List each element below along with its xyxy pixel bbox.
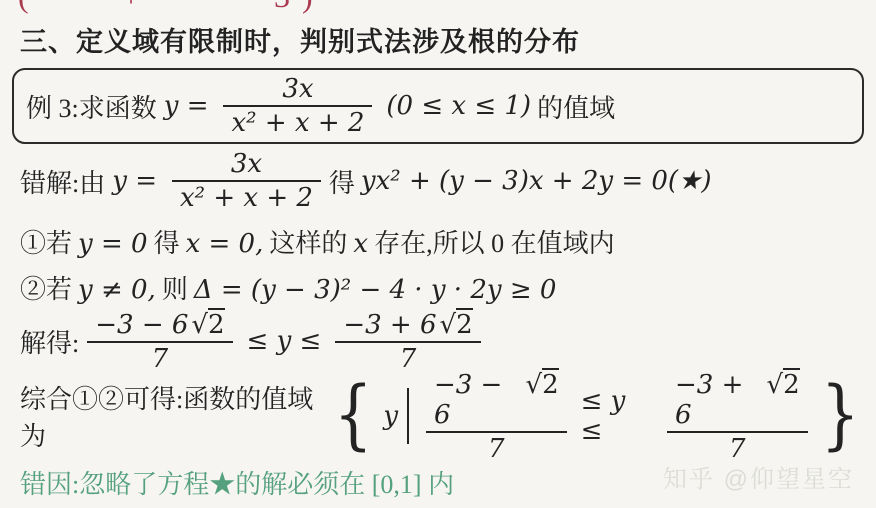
wrong-mid: 得 bbox=[329, 163, 355, 200]
fraction-denominator: 7 bbox=[87, 341, 232, 374]
fragment-plus: + bbox=[122, 0, 140, 15]
fraction-numerator: −3 + 6√2 bbox=[667, 368, 808, 431]
fraction-numerator: −3 + 6√2 bbox=[335, 308, 480, 341]
math-worksheet-page: ( + 3 ) 三、定义域有限制时，判别式法涉及根的分布 例 3:求函数 y =… bbox=[0, 0, 876, 508]
radicand: 2 bbox=[208, 308, 225, 340]
solve-fraction-right: −3 + 6√2 7 bbox=[335, 308, 480, 374]
numerator-text: −3 + 6 bbox=[675, 370, 764, 430]
case1-text: ①若 bbox=[20, 229, 72, 258]
conclusion-label: 综合①②可得:函数的值域为 bbox=[20, 379, 329, 453]
numerator-text: −3 − 6 bbox=[95, 310, 188, 340]
reason-text: 错因:忽略了方程 bbox=[20, 470, 209, 499]
wrong-equation: yx² + (y − 3)x + 2y = 0(★) bbox=[361, 166, 712, 196]
radicand: 2 bbox=[783, 368, 800, 400]
conclusion-line: 综合①②可得:函数的值域为 { y −3 − 6√2 7 ≤ y ≤ −3 + … bbox=[12, 375, 864, 457]
example-y-equals: y = bbox=[164, 91, 209, 121]
radical-sign: √ bbox=[440, 310, 457, 340]
wrong-y-equals: y = bbox=[112, 166, 157, 196]
wrong-fraction: 3x x² + x + 2 bbox=[172, 149, 321, 213]
example-domain: (0 ≤ x ≤ 1) bbox=[386, 91, 531, 121]
radicand: 2 bbox=[456, 308, 473, 340]
case2-text: ②若 bbox=[20, 275, 72, 304]
wrong-label: 错解:由 bbox=[20, 163, 105, 200]
case1-line: ①若y = 0得x = 0,这样的x存在,所以 0 在值域内 bbox=[12, 223, 864, 260]
radical-sign: √ bbox=[767, 370, 784, 400]
fraction-denominator: 7 bbox=[426, 431, 567, 464]
case1-text: 存在,所以 0 在值域内 bbox=[374, 229, 615, 258]
fraction-numerator: 3x bbox=[223, 149, 270, 180]
radicand: 2 bbox=[542, 368, 559, 400]
solve-line: 解得: −3 − 6√2 7 ≤ y ≤ −3 + 6√2 7 bbox=[12, 309, 864, 373]
conclusion-fraction-right: −3 + 6√2 7 bbox=[667, 368, 808, 464]
watermark: 知乎 @仰望星空 bbox=[663, 459, 854, 494]
case2-math: Δ = (y − 3)² − 4 · y · 2y ≥ 0 bbox=[194, 275, 557, 305]
example-label: 例 3:求函数 bbox=[26, 88, 157, 125]
fraction-numerator: 3x bbox=[274, 74, 321, 105]
case1-text: 这样的 bbox=[269, 229, 347, 258]
case1-math: x = 0, bbox=[186, 229, 264, 259]
conclusion-fraction-left: −3 − 6√2 7 bbox=[426, 368, 567, 464]
set-variable: y bbox=[383, 401, 398, 431]
numerator-text: −3 − 6 bbox=[434, 370, 523, 430]
case1-math: x bbox=[353, 229, 368, 259]
fraction-numerator: −3 − 6√2 bbox=[87, 308, 232, 341]
example-tail: 的值域 bbox=[537, 88, 615, 125]
numerator-text: −3 + 6 bbox=[343, 310, 436, 340]
solve-inequality: ≤ y ≤ bbox=[247, 326, 322, 356]
star-icon: ★ bbox=[209, 470, 235, 499]
solve-fraction-left: −3 − 6√2 7 bbox=[87, 308, 232, 374]
case1-math: y = 0 bbox=[78, 229, 148, 259]
conclusion-inequality: ≤ y ≤ bbox=[581, 386, 653, 446]
case1-text: 得 bbox=[154, 229, 180, 258]
wrong-solution-line: 错解:由 y = 3x x² + x + 2 得 yx² + (y − 3)x … bbox=[12, 150, 864, 212]
section-heading: 三、定义域有限制时，判别式法涉及根的分布 bbox=[20, 20, 864, 59]
fragment-paren-left: ( bbox=[18, 0, 29, 15]
left-brace: { bbox=[334, 382, 373, 447]
radical-sign: √ bbox=[525, 370, 542, 400]
case2-math: y ≠ 0, bbox=[78, 275, 156, 305]
example-box: 例 3:求函数 y = 3x x² + x + 2 (0 ≤ x ≤ 1) 的值… bbox=[12, 68, 864, 144]
fragment-paren-right: ) bbox=[302, 0, 313, 15]
clipped-red-formula-fragment: ( + 3 ) bbox=[12, 0, 864, 15]
fraction-numerator: −3 − 6√2 bbox=[426, 368, 567, 431]
example-fraction: 3x x² + x + 2 bbox=[223, 74, 372, 138]
reason-text: 的解必须在 [0,1] 内 bbox=[235, 470, 454, 499]
fragment-three: 3 bbox=[274, 0, 290, 15]
case2-line: ②若y ≠ 0,则Δ = (y − 3)² − 4 · y · 2y ≥ 0 bbox=[12, 269, 864, 306]
radical-sign: √ bbox=[191, 310, 208, 340]
fraction-denominator: x² + x + 2 bbox=[223, 105, 372, 138]
solve-label: 解得: bbox=[20, 323, 79, 360]
case2-text: 则 bbox=[162, 275, 188, 304]
set-divider-bar bbox=[407, 388, 409, 444]
right-brace: } bbox=[820, 382, 859, 447]
fraction-denominator: x² + x + 2 bbox=[172, 180, 321, 213]
